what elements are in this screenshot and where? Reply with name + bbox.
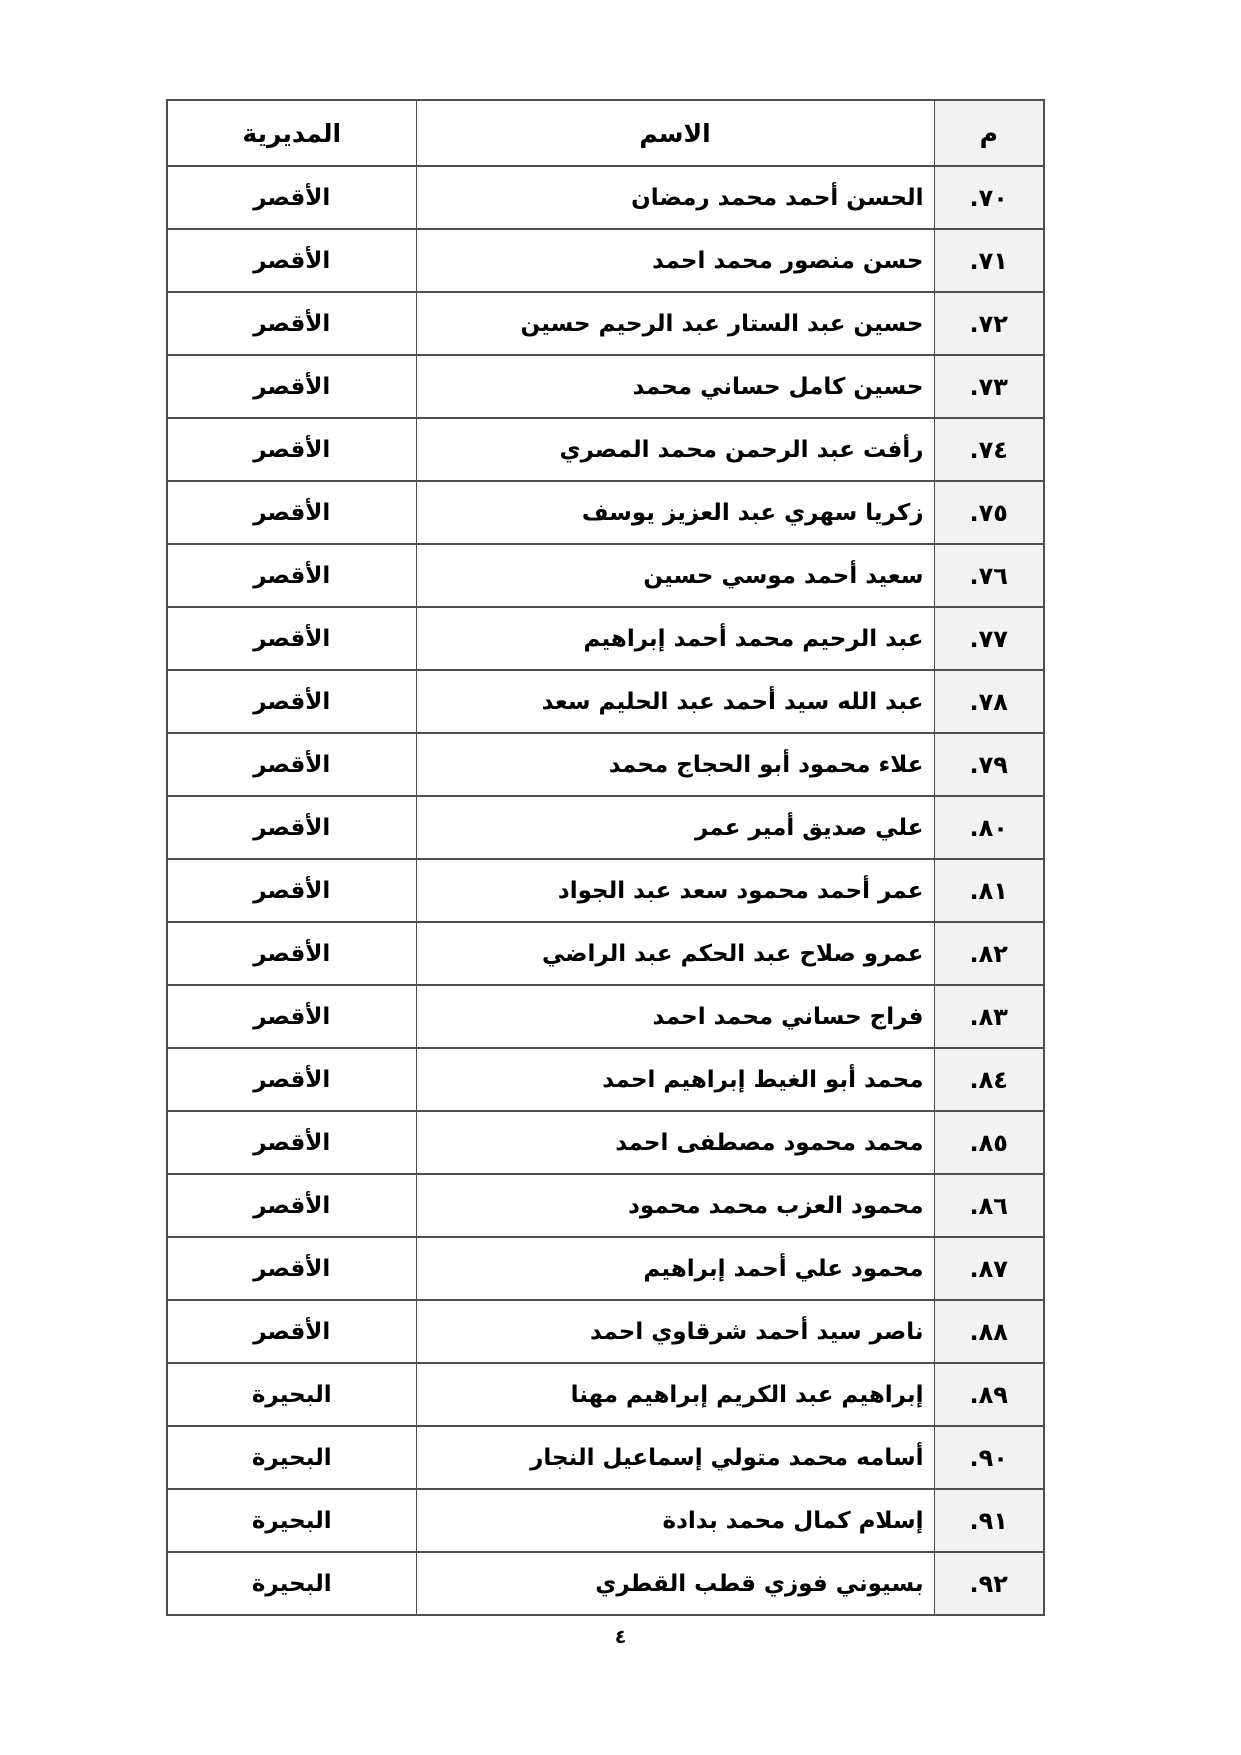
cell-name: فراج حساني محمد احمد xyxy=(416,985,934,1048)
table-row: ٨٣.فراج حساني محمد احمدالأقصر xyxy=(167,985,1044,1048)
cell-name: رأفت عبد الرحمن محمد المصري xyxy=(416,418,934,481)
cell-name: زكريا سهري عبد العزيز يوسف xyxy=(416,481,934,544)
table-row: ٧١.حسن منصور محمد احمدالأقصر xyxy=(167,229,1044,292)
cell-number: ٧٦. xyxy=(934,544,1044,607)
table-row: ٧٢.حسين عبد الستار عبد الرحيم حسينالأقصر xyxy=(167,292,1044,355)
cell-directorate: الأقصر xyxy=(167,985,416,1048)
cell-name: ناصر سيد أحمد شرقاوي احمد xyxy=(416,1300,934,1363)
cell-name: محمود العزب محمد محمود xyxy=(416,1174,934,1237)
table-row: ٩٢.بسيوني فوزي قطب القطريالبحيرة xyxy=(167,1552,1044,1615)
cell-number: ٧٨. xyxy=(934,670,1044,733)
cell-number: ٧٩. xyxy=(934,733,1044,796)
page-number: ٤ xyxy=(0,1626,1241,1648)
cell-name: سعيد أحمد موسي حسين xyxy=(416,544,934,607)
cell-number: ٨٩. xyxy=(934,1363,1044,1426)
cell-name: محمود علي أحمد إبراهيم xyxy=(416,1237,934,1300)
cell-number: ٧١. xyxy=(934,229,1044,292)
cell-directorate: الأقصر xyxy=(167,418,416,481)
header-row: م الاسم المديرية xyxy=(167,100,1044,166)
cell-directorate: الأقصر xyxy=(167,1300,416,1363)
cell-name: علاء محمود أبو الحجاج محمد xyxy=(416,733,934,796)
cell-directorate: الأقصر xyxy=(167,229,416,292)
cell-name: عبد الرحيم محمد أحمد إبراهيم xyxy=(416,607,934,670)
cell-number: ٨٧. xyxy=(934,1237,1044,1300)
cell-name: الحسن أحمد محمد رمضان xyxy=(416,166,934,229)
header-number: م xyxy=(934,100,1044,166)
cell-directorate: الأقصر xyxy=(167,922,416,985)
cell-name: حسن منصور محمد احمد xyxy=(416,229,934,292)
cell-name: بسيوني فوزي قطب القطري xyxy=(416,1552,934,1615)
table-row: ٨٨.ناصر سيد أحمد شرقاوي احمدالأقصر xyxy=(167,1300,1044,1363)
cell-number: ٧٣. xyxy=(934,355,1044,418)
table-row: ٨٧.محمود علي أحمد إبراهيمالأقصر xyxy=(167,1237,1044,1300)
table-row: ٧٨.عبد الله سيد أحمد عبد الحليم سعدالأقص… xyxy=(167,670,1044,733)
table-row: ٩٠.أسامه محمد متولي إسماعيل النجارالبحير… xyxy=(167,1426,1044,1489)
cell-directorate: الأقصر xyxy=(167,733,416,796)
cell-number: ٩١. xyxy=(934,1489,1044,1552)
table-row: ٨١.عمر أحمد محمود سعد عبد الجوادالأقصر xyxy=(167,859,1044,922)
cell-name: أسامه محمد متولي إسماعيل النجار xyxy=(416,1426,934,1489)
cell-name: حسين عبد الستار عبد الرحيم حسين xyxy=(416,292,934,355)
table-header: م الاسم المديرية xyxy=(167,100,1044,166)
cell-name: محمد محمود مصطفى احمد xyxy=(416,1111,934,1174)
cell-number: ٧٤. xyxy=(934,418,1044,481)
header-name: الاسم xyxy=(416,100,934,166)
cell-directorate: البحيرة xyxy=(167,1552,416,1615)
document-page: م الاسم المديرية ٧٠.الحسن أحمد محمد رمضا… xyxy=(0,0,1241,1755)
table-row: ٧٠.الحسن أحمد محمد رمضانالأقصر xyxy=(167,166,1044,229)
cell-directorate: الأقصر xyxy=(167,796,416,859)
cell-directorate: الأقصر xyxy=(167,292,416,355)
cell-name: عمر أحمد محمود سعد عبد الجواد xyxy=(416,859,934,922)
cell-directorate: الأقصر xyxy=(167,1174,416,1237)
cell-number: ٨٦. xyxy=(934,1174,1044,1237)
cell-directorate: الأقصر xyxy=(167,1237,416,1300)
cell-number: ٩٢. xyxy=(934,1552,1044,1615)
cell-number: ٩٠. xyxy=(934,1426,1044,1489)
cell-number: ٨٢. xyxy=(934,922,1044,985)
table-row: ٨٥.محمد محمود مصطفى احمدالأقصر xyxy=(167,1111,1044,1174)
cell-number: ٨٥. xyxy=(934,1111,1044,1174)
cell-name: علي صديق أمير عمر xyxy=(416,796,934,859)
cell-number: ٨١. xyxy=(934,859,1044,922)
cell-number: ٨٠. xyxy=(934,796,1044,859)
table-row: ٧٤.رأفت عبد الرحمن محمد المصريالأقصر xyxy=(167,418,1044,481)
cell-number: ٧٢. xyxy=(934,292,1044,355)
cell-number: ٧٧. xyxy=(934,607,1044,670)
cell-name: حسين كامل حساني محمد xyxy=(416,355,934,418)
cell-number: ٧٠. xyxy=(934,166,1044,229)
table-row: ٩١.إسلام كمال محمد بدادةالبحيرة xyxy=(167,1489,1044,1552)
cell-directorate: البحيرة xyxy=(167,1489,416,1552)
cell-name: إسلام كمال محمد بدادة xyxy=(416,1489,934,1552)
cell-directorate: الأقصر xyxy=(167,670,416,733)
cell-directorate: الأقصر xyxy=(167,355,416,418)
cell-directorate: البحيرة xyxy=(167,1363,416,1426)
table-row: ٧٩.علاء محمود أبو الحجاج محمدالأقصر xyxy=(167,733,1044,796)
table-row: ٧٦.سعيد أحمد موسي حسينالأقصر xyxy=(167,544,1044,607)
cell-directorate: الأقصر xyxy=(167,1111,416,1174)
cell-number: ٨٣. xyxy=(934,985,1044,1048)
cell-directorate: الأقصر xyxy=(167,544,416,607)
roster-table: م الاسم المديرية ٧٠.الحسن أحمد محمد رمضا… xyxy=(166,99,1045,1616)
cell-name: عبد الله سيد أحمد عبد الحليم سعد xyxy=(416,670,934,733)
table-row: ٨٤.محمد أبو الغيط إبراهيم احمدالأقصر xyxy=(167,1048,1044,1111)
table-row: ٧٥.زكريا سهري عبد العزيز يوسفالأقصر xyxy=(167,481,1044,544)
header-directorate: المديرية xyxy=(167,100,416,166)
table-body: ٧٠.الحسن أحمد محمد رمضانالأقصر٧١.حسن منص… xyxy=(167,166,1044,1615)
cell-directorate: البحيرة xyxy=(167,1426,416,1489)
table-row: ٨٦.محمود العزب محمد محمودالأقصر xyxy=(167,1174,1044,1237)
cell-directorate: الأقصر xyxy=(167,607,416,670)
cell-directorate: الأقصر xyxy=(167,166,416,229)
cell-number: ٨٨. xyxy=(934,1300,1044,1363)
table-row: ٧٧.عبد الرحيم محمد أحمد إبراهيمالأقصر xyxy=(167,607,1044,670)
cell-directorate: الأقصر xyxy=(167,481,416,544)
table-row: ٧٣.حسين كامل حساني محمدالأقصر xyxy=(167,355,1044,418)
cell-name: محمد أبو الغيط إبراهيم احمد xyxy=(416,1048,934,1111)
cell-name: عمرو صلاح عبد الحكم عبد الراضي xyxy=(416,922,934,985)
cell-number: ٨٤. xyxy=(934,1048,1044,1111)
cell-name: إبراهيم عبد الكريم إبراهيم مهنا xyxy=(416,1363,934,1426)
table-row: ٨٠.علي صديق أمير عمرالأقصر xyxy=(167,796,1044,859)
table-row: ٨٢.عمرو صلاح عبد الحكم عبد الراضيالأقصر xyxy=(167,922,1044,985)
cell-number: ٧٥. xyxy=(934,481,1044,544)
cell-directorate: الأقصر xyxy=(167,859,416,922)
table-row: ٨٩.إبراهيم عبد الكريم إبراهيم مهناالبحير… xyxy=(167,1363,1044,1426)
cell-directorate: الأقصر xyxy=(167,1048,416,1111)
